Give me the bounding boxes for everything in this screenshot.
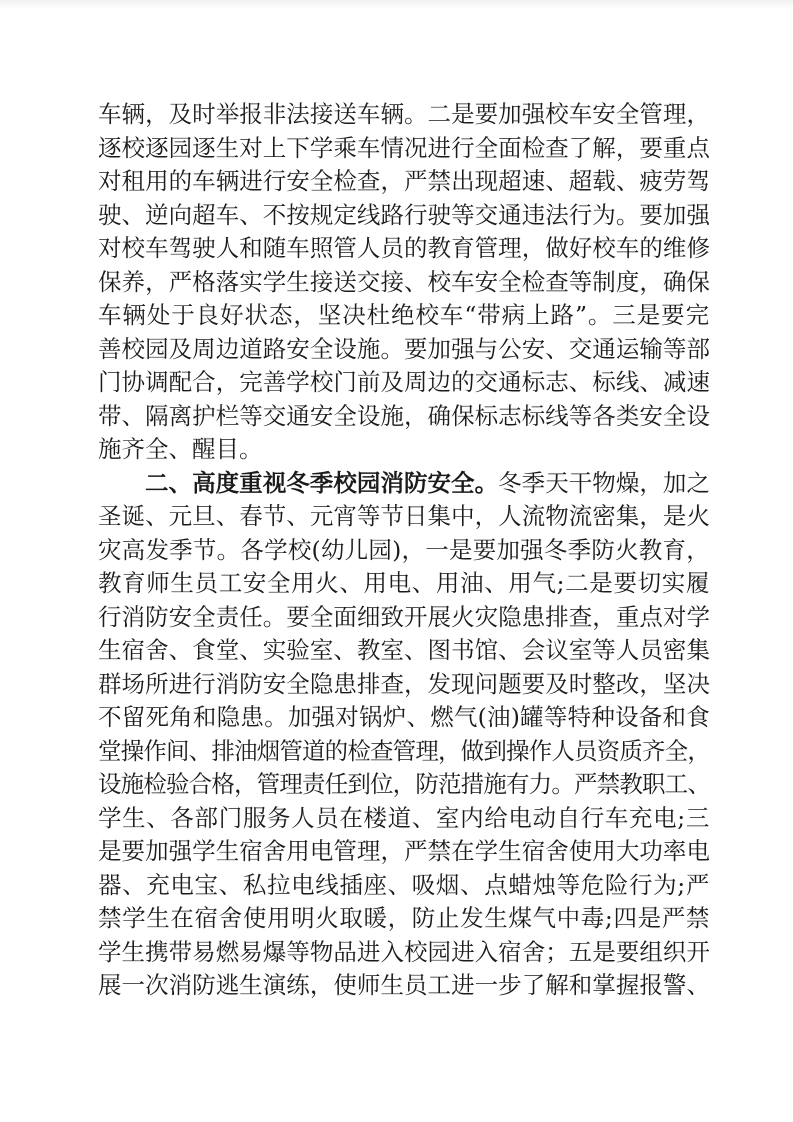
- line-content: 门协调配合，完善学校门前及周边的交通标志、标线、减速: [98, 366, 710, 400]
- line-content: 设施检验合格，管理责任到位，防范措施有力。严禁教职工、: [98, 768, 710, 802]
- text-line: 驶、逆向超车、不按规定线路行驶等交通违法行为。要加强: [98, 199, 710, 233]
- line-content: 学生携带易燃易爆等物品进入校园进入宿舍；五是要组织开: [98, 936, 710, 970]
- text-run: 行消防安全责任。要全面细致开展火灾隐患排查，重点对学: [98, 603, 710, 631]
- text-line: 车辆，及时举报非法接送车辆。二是要加强校车安全管理，: [98, 98, 710, 132]
- text-run: 门协调配合，完善学校门前及周边的交通标志、标线、减速: [98, 368, 710, 396]
- text-line: 圣诞、元旦、春节、元宵等节日集中，人流物流密集，是火: [98, 500, 710, 534]
- line-content: 带、隔离护栏等交通安全设施，确保标志标线等各类安全设: [98, 400, 710, 434]
- text-run: 对校车驾驶人和随车照管人员的教育管理，做好校车的维修: [98, 234, 710, 262]
- text-run: 学生携带易燃易爆等物品进入校园进入宿舍；五是要组织开: [98, 938, 710, 966]
- text-run: 施齐全、醒目。: [98, 435, 263, 463]
- text-run: 学生、各部门服务人员在楼道、室内给电动自行车充电;三: [98, 804, 710, 832]
- text-line: 行消防安全责任。要全面细致开展火灾隐患排查，重点对学: [98, 601, 710, 635]
- section-heading-run: 二、高度重视冬季校园消防安全。: [145, 469, 498, 497]
- line-content: 善校园及周边道路安全设施。要加强与公安、交通运输等部: [98, 333, 710, 367]
- document-text-block: 车辆，及时举报非法接送车辆。二是要加强校车安全管理，逐校逐园逐生对上下学乘车情况…: [98, 98, 710, 1003]
- line-content: 教育师生员工安全用火、用电、用油、用气;二是要切实履: [98, 567, 710, 601]
- text-line: 保养，严格落实学生接送交接、校车安全检查等制度，确保: [98, 266, 710, 300]
- line-content: 圣诞、元旦、春节、元宵等节日集中，人流物流密集，是火: [98, 500, 710, 534]
- text-line: 善校园及周边道路安全设施。要加强与公安、交通运输等部: [98, 333, 710, 367]
- text-line: 门协调配合，完善学校门前及周边的交通标志、标线、减速: [98, 366, 710, 400]
- line-content: 学生、各部门服务人员在楼道、室内给电动自行车充电;三: [98, 802, 710, 836]
- text-line: 是要加强学生宿舍用电管理，严禁在学生宿舍使用大功率电: [98, 835, 710, 869]
- line-content: 二、高度重视冬季校园消防安全。冬季天干物燥，加之: [145, 467, 710, 501]
- line-content: 对校车驾驶人和随车照管人员的教育管理，做好校车的维修: [98, 232, 710, 266]
- line-content: 灾高发季节。各学校(幼儿园)，一是要加强冬季防火教育，: [98, 534, 710, 568]
- text-run: 灾高发季节。各学校(幼儿园)，一是要加强冬季防火教育，: [98, 536, 710, 564]
- text-line: 群场所进行消防安全隐患排查，发现问题要及时整改，坚决: [98, 668, 710, 702]
- text-run: 冬季天干物燥，加之: [498, 469, 710, 497]
- text-line: 器、充电宝、私拉电线插座、吸烟、点蜡烛等危险行为;严: [98, 869, 710, 903]
- text-run: 圣诞、元旦、春节、元宵等节日集中，人流物流密集，是火: [98, 502, 710, 530]
- text-run: 教育师生员工安全用火、用电、用油、用气;二是要切实履: [98, 569, 710, 597]
- text-run: 器、充电宝、私拉电线插座、吸烟、点蜡烛等危险行为;严: [98, 871, 710, 899]
- text-line: 生宿舍、食堂、实验室、教室、图书馆、会议室等人员密集: [98, 634, 710, 668]
- text-line: 不留死角和隐患。加强对锅炉、燃气(油)罐等特种设备和食: [98, 701, 710, 735]
- text-run: 保养，严格落实学生接送交接、校车安全检查等制度，确保: [98, 268, 710, 296]
- text-line: 教育师生员工安全用火、用电、用油、用气;二是要切实履: [98, 567, 710, 601]
- line-content: 施齐全、醒目。: [98, 433, 263, 467]
- line-content: 是要加强学生宿舍用电管理，严禁在学生宿舍使用大功率电: [98, 835, 710, 869]
- text-run: 生宿舍、食堂、实验室、教室、图书馆、会议室等人员密集: [98, 636, 710, 664]
- scan-edge-shadow: [0, 0, 793, 9]
- text-run: 群场所进行消防安全隐患排查，发现问题要及时整改，坚决: [98, 670, 710, 698]
- text-line: 带、隔离护栏等交通安全设施，确保标志标线等各类安全设: [98, 400, 710, 434]
- text-run: 禁学生在宿舍使用明火取暖，防止发生煤气中毒;四是严禁: [98, 904, 710, 932]
- text-run: 对租用的车辆进行安全检查，严禁出现超速、超载、疲劳驾: [98, 167, 710, 195]
- text-run: 车辆处于良好状态，坚决杜绝校车“带病上路”。三是要完: [98, 301, 710, 329]
- line-content: 保养，严格落实学生接送交接、校车安全检查等制度，确保: [98, 266, 710, 300]
- text-line: 灾高发季节。各学校(幼儿园)，一是要加强冬季防火教育，: [98, 534, 710, 568]
- line-content: 生宿舍、食堂、实验室、教室、图书馆、会议室等人员密集: [98, 634, 710, 668]
- line-content: 不留死角和隐患。加强对锅炉、燃气(油)罐等特种设备和食: [98, 701, 710, 735]
- text-line: 设施检验合格，管理责任到位，防范措施有力。严禁教职工、: [98, 768, 710, 802]
- text-run: 不留死角和隐患。加强对锅炉、燃气(油)罐等特种设备和食: [98, 703, 710, 731]
- text-line: 二、高度重视冬季校园消防安全。冬季天干物燥，加之: [98, 467, 710, 501]
- text-line: 对校车驾驶人和随车照管人员的教育管理，做好校车的维修: [98, 232, 710, 266]
- text-run: 驶、逆向超车、不按规定线路行驶等交通违法行为。要加强: [98, 201, 710, 229]
- text-run: 逐校逐园逐生对上下学乘车情况进行全面检查了解，要重点: [98, 134, 710, 162]
- text-line: 逐校逐园逐生对上下学乘车情况进行全面检查了解，要重点: [98, 132, 710, 166]
- text-line: 展一次消防逃生演练，使师生员工进一步了解和掌握报警、: [98, 969, 710, 1003]
- line-content: 车辆，及时举报非法接送车辆。二是要加强校车安全管理，: [98, 98, 710, 132]
- text-run: 展一次消防逃生演练，使师生员工进一步了解和掌握报警、: [98, 971, 710, 999]
- text-run: 车辆，及时举报非法接送车辆。二是要加强校车安全管理，: [98, 100, 710, 128]
- line-content: 器、充电宝、私拉电线插座、吸烟、点蜡烛等危险行为;严: [98, 869, 710, 903]
- text-run: 设施检验合格，管理责任到位，防范措施有力。严禁教职工、: [98, 770, 710, 798]
- text-run: 堂操作间、排油烟管道的检查管理，做到操作人员资质齐全，: [98, 737, 710, 765]
- text-line: 对租用的车辆进行安全检查，严禁出现超速、超载、疲劳驾: [98, 165, 710, 199]
- text-line: 学生携带易燃易爆等物品进入校园进入宿舍；五是要组织开: [98, 936, 710, 970]
- text-line: 堂操作间、排油烟管道的检查管理，做到操作人员资质齐全，: [98, 735, 710, 769]
- line-content: 展一次消防逃生演练，使师生员工进一步了解和掌握报警、: [98, 969, 710, 1003]
- line-content: 禁学生在宿舍使用明火取暖，防止发生煤气中毒;四是严禁: [98, 902, 710, 936]
- document-page: 车辆，及时举报非法接送车辆。二是要加强校车安全管理，逐校逐园逐生对上下学乘车情况…: [0, 0, 793, 1122]
- line-content: 驶、逆向超车、不按规定线路行驶等交通违法行为。要加强: [98, 199, 710, 233]
- line-content: 行消防安全责任。要全面细致开展火灾隐患排查，重点对学: [98, 601, 710, 635]
- line-content: 车辆处于良好状态，坚决杜绝校车“带病上路”。三是要完: [98, 299, 710, 333]
- line-content: 群场所进行消防安全隐患排查，发现问题要及时整改，坚决: [98, 668, 710, 702]
- text-run: 带、隔离护栏等交通安全设施，确保标志标线等各类安全设: [98, 402, 710, 430]
- line-content: 逐校逐园逐生对上下学乘车情况进行全面检查了解，要重点: [98, 132, 710, 166]
- text-run: 善校园及周边道路安全设施。要加强与公安、交通运输等部: [98, 335, 710, 363]
- text-line: 车辆处于良好状态，坚决杜绝校车“带病上路”。三是要完: [98, 299, 710, 333]
- line-content: 对租用的车辆进行安全检查，严禁出现超速、超载、疲劳驾: [98, 165, 710, 199]
- text-line: 施齐全、醒目。: [98, 433, 710, 467]
- text-run: 是要加强学生宿舍用电管理，严禁在学生宿舍使用大功率电: [98, 837, 710, 865]
- line-content: 堂操作间、排油烟管道的检查管理，做到操作人员资质齐全，: [98, 735, 710, 769]
- text-line: 学生、各部门服务人员在楼道、室内给电动自行车充电;三: [98, 802, 710, 836]
- text-line: 禁学生在宿舍使用明火取暖，防止发生煤气中毒;四是严禁: [98, 902, 710, 936]
